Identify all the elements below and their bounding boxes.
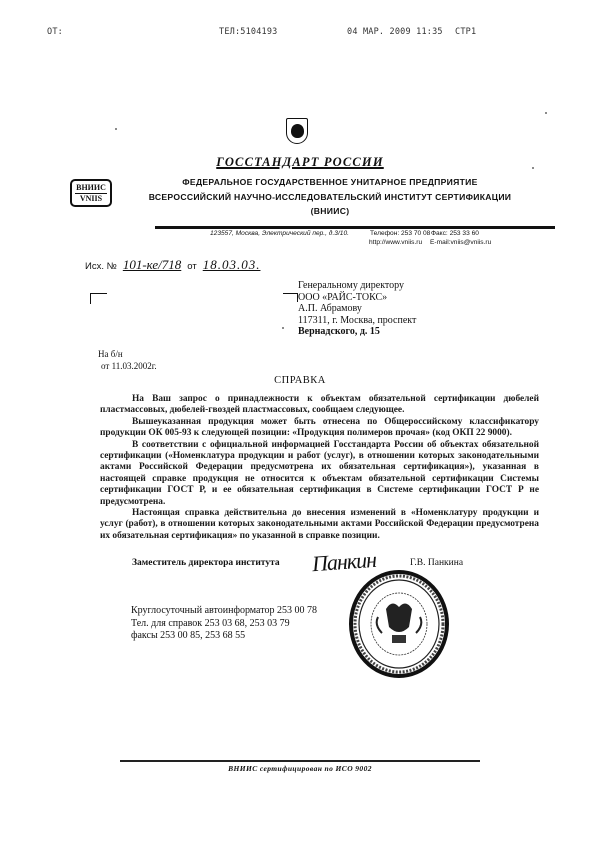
contact-line: факсы 253 00 85, 253 68 55 xyxy=(131,630,317,643)
institute-email: E-mail:vniis@vniis.ru xyxy=(430,239,491,246)
recipient-line: ООО «РАЙС-ТОКС» xyxy=(298,292,416,304)
iso-certification-note: ВНИИС сертифицирован по ИСО 9002 xyxy=(0,764,600,773)
body-paragraph: В соответствии с официальной информацией… xyxy=(100,440,539,508)
institute-telephone: Телефон: 253 70 08 xyxy=(370,230,430,237)
fax-page: СТР1 xyxy=(455,27,476,37)
body-paragraph: Вышеуказанная продукция может быть отнес… xyxy=(100,417,539,440)
document-title: СПРАВКА xyxy=(0,375,600,386)
contact-phones: Круглосуточный автоинформатор 253 00 78 … xyxy=(131,605,317,643)
address-corner-mark-right xyxy=(283,293,298,302)
reply-reference: На б/н от 11.03.2002г. xyxy=(98,348,157,372)
body-paragraph: На Ваш запрос о принадлежности к объекта… xyxy=(100,394,539,417)
vniis-logo: ВНИИС VNIIS xyxy=(70,179,112,207)
outgoing-date-label: от xyxy=(187,261,196,272)
signer-name: Г.В. Панкина xyxy=(410,558,463,568)
address-corner-mark-left xyxy=(90,293,107,304)
recipient-line: 117311, г. Москва, проспект xyxy=(298,315,416,327)
logo-line-ru: ВНИИС xyxy=(75,183,107,194)
reply-date: от 11.03.2002г. xyxy=(98,360,157,372)
recipient-block: Генеральному директору ООО «РАЙС-ТОКС» А… xyxy=(298,280,416,338)
fax-from-label: ОТ: xyxy=(47,27,63,37)
institute-address: 123557, Москва, Электрический пер., д.3/… xyxy=(210,230,349,237)
body-paragraph: Настоящая справка действительна до внесе… xyxy=(100,508,539,542)
org-line-1: ФЕДЕРАЛЬНОЕ ГОСУДАРСТВЕННОЕ УНИТАРНОЕ ПР… xyxy=(110,177,550,187)
russian-coat-of-arms-icon xyxy=(286,118,308,144)
document-body: На Ваш запрос о принадлежности к объекта… xyxy=(100,394,539,542)
outgoing-reference: Исх. № 101-ке/718 от 18.03.03. xyxy=(85,257,263,273)
reply-number: На б/н xyxy=(98,348,157,360)
institute-fax: Факс: 253 33 60 xyxy=(431,230,479,237)
fax-phone: ТЕЛ:5104193 xyxy=(219,27,278,37)
fax-datetime: 04 МАР. 2009 11:35 xyxy=(347,27,443,37)
official-seal-icon xyxy=(348,569,450,679)
scan-speck xyxy=(532,167,534,169)
org-line-2: ВСЕРОССИЙСКИЙ НАУЧНО-ИССЛЕДОВАТЕЛЬСКИЙ И… xyxy=(110,192,550,202)
outgoing-date: 18.03.03. xyxy=(200,257,264,273)
scan-speck xyxy=(115,128,117,130)
org-abbreviation: (ВНИИС) xyxy=(110,206,550,216)
outgoing-number-label: Исх. № xyxy=(85,261,117,272)
contact-line: Тел. для справок 253 03 68, 253 03 79 xyxy=(131,618,317,631)
letterhead-divider xyxy=(155,226,555,229)
recipient-line: Генеральному директору xyxy=(298,280,416,292)
outgoing-number: 101-ке/718 xyxy=(120,257,184,273)
logo-line-en: VNIIS xyxy=(72,194,110,204)
recipient-line: А.П. Абрамову xyxy=(298,303,416,315)
scan-speck xyxy=(545,112,547,114)
scan-speck xyxy=(282,327,284,329)
signer-position: Заместитель директора института xyxy=(132,558,280,568)
agency-title: ГОССТАНДАРТ РОССИИ xyxy=(0,155,600,170)
footer-divider xyxy=(120,760,480,762)
institute-website: http://www.vniis.ru xyxy=(369,239,422,246)
contact-line: Круглосуточный автоинформатор 253 00 78 xyxy=(131,605,317,618)
recipient-line: Вернадского, д. 15 xyxy=(298,326,416,338)
